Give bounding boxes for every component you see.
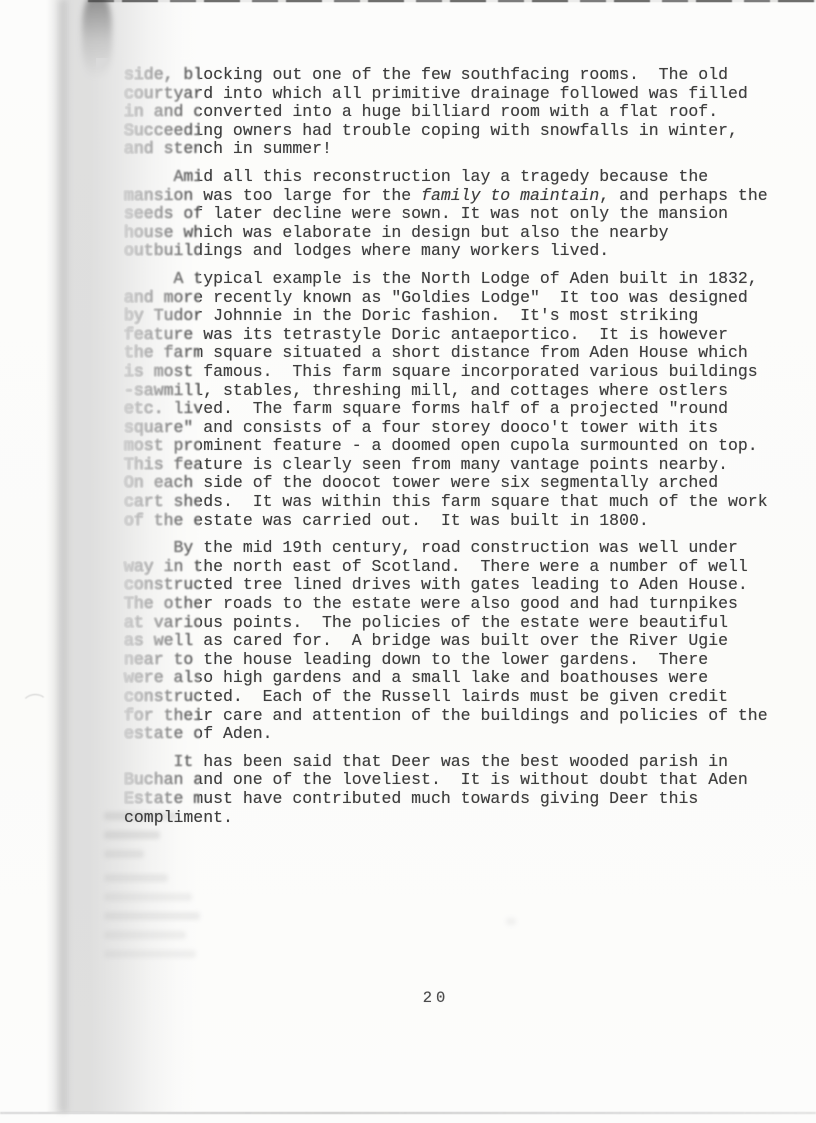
text-line: square" and consists of a four storey do… — [124, 419, 784, 438]
document-text: side, blocking out one of the few southf… — [124, 66, 784, 836]
typewritten-paragraph: By the mid 19th century, road constructi… — [124, 539, 784, 744]
text-line: seeds of later decline were sown. It was… — [124, 205, 784, 224]
typewritten-paragraph: It has been said that Deer was the best … — [124, 753, 784, 827]
text-segment: A typical example is the North Lodge of … — [124, 269, 758, 288]
typewritten-paragraph: A typical example is the North Lodge of … — [124, 270, 784, 530]
scanned-page: side, blocking out one of the few southf… — [0, 0, 816, 1123]
text-line: Amid all this reconstruction lay a trage… — [124, 168, 784, 187]
text-line: house which was elaborate in design but … — [124, 224, 784, 243]
text-segment: at various points. The policies of the e… — [124, 613, 728, 632]
text-line: were also high gardens and a small lake … — [124, 669, 784, 688]
scan-bottom-edge — [0, 1112, 816, 1114]
text-line: feature was its tetrastyle Doric antaepo… — [124, 326, 784, 345]
text-line: and stench in summer! — [124, 140, 784, 159]
binding-crease — [58, 0, 68, 1112]
bleed-through-mark — [104, 850, 144, 858]
text-line: of the estate was carried out. It was bu… — [124, 512, 784, 531]
text-line: Estate must have contributed much toward… — [124, 790, 784, 809]
text-line: as well as cared for. A bridge was built… — [124, 632, 784, 651]
text-line: most prominent feature - a doomed open c… — [124, 437, 784, 456]
text-segment: constructed. Each of the Russell lairds … — [124, 687, 728, 706]
text-segment: by Tudor Johnnie in the Doric fashion. I… — [124, 306, 698, 325]
text-segment: in and converted into a huge billiard ro… — [124, 102, 718, 121]
text-segment: etc. lived. The farm square forms half o… — [124, 399, 728, 418]
text-segment: -sawmill, stables, threshing mill, and c… — [124, 381, 728, 400]
text-line: compliment. — [124, 809, 784, 828]
text-segment: is most famous. This farm square incorpo… — [124, 362, 758, 381]
text-segment: outbuildings and lodges where many worke… — [124, 241, 609, 260]
text-segment: , and perhaps the — [599, 186, 767, 205]
text-segment: and stench in summer! — [124, 139, 332, 158]
text-segment: Amid all this reconstruction lay a trage… — [124, 167, 708, 186]
text-segment: The other roads to the estate were also … — [124, 594, 738, 613]
text-segment: It has been said that Deer was the best … — [124, 752, 728, 771]
text-line: outbuildings and lodges where many worke… — [124, 242, 784, 261]
text-line: constructed. Each of the Russell lairds … — [124, 688, 784, 707]
text-line: is most famous. This farm square incorpo… — [124, 363, 784, 382]
text-line: courtyard into which all primitive drain… — [124, 85, 784, 104]
text-segment: square" and consists of a four storey do… — [124, 418, 718, 437]
text-segment: By the mid 19th century, road constructi… — [124, 538, 738, 557]
text-segment: cart sheds. It was within this farm squa… — [124, 492, 768, 511]
bleed-through-mark — [104, 931, 186, 939]
text-line: This feature is clearly seen from many v… — [124, 456, 784, 475]
text-segment: seeds of later decline were sown. It was… — [124, 204, 728, 223]
text-line: at various points. The policies of the e… — [124, 614, 784, 633]
text-segment: near to the house leading down to the lo… — [124, 650, 708, 669]
bleed-through-mark — [104, 912, 200, 920]
text-segment: the farm square situated a short distanc… — [124, 343, 748, 362]
text-segment: Buchan and one of the loveliest. It is w… — [124, 770, 748, 789]
text-line: A typical example is the North Lodge of … — [124, 270, 784, 289]
text-segment: most prominent feature - a doomed open c… — [124, 436, 758, 455]
text-line: cart sheds. It was within this farm squa… — [124, 493, 784, 512]
text-line: near to the house leading down to the lo… — [124, 651, 784, 670]
text-line: the farm square situated a short distanc… — [124, 344, 784, 363]
text-line: way in the north east of Scotland. There… — [124, 558, 784, 577]
scan-top-edge — [88, 0, 816, 2]
text-line: By the mid 19th century, road constructi… — [124, 539, 784, 558]
text-line: side, blocking out one of the few southf… — [124, 66, 784, 85]
binding-top-smudge — [82, 0, 112, 78]
text-line: Buchan and one of the loveliest. It is w… — [124, 771, 784, 790]
typewritten-paragraph: side, blocking out one of the few southf… — [124, 66, 784, 159]
text-line: constructed tree lined drives with gates… — [124, 576, 784, 595]
text-line: estate of Aden. — [124, 725, 784, 744]
text-line: On each side of the doocot tower were si… — [124, 474, 784, 493]
bleed-through-mark — [104, 950, 196, 958]
text-segment: way in the north east of Scotland. There… — [124, 557, 748, 576]
text-segment: constructed tree lined drives with gates… — [124, 575, 748, 594]
text-segment: courtyard into which all primitive drain… — [124, 84, 748, 103]
bleed-through-mark — [104, 893, 192, 901]
text-line: in and converted into a huge billiard ro… — [124, 103, 784, 122]
text-segment: feature was its tetrastyle Doric antaepo… — [124, 325, 728, 344]
bleed-through-mark — [506, 918, 516, 925]
text-segment: and more recently known as "Goldies Lodg… — [124, 288, 748, 307]
italic-text-segment: family to maintain — [421, 186, 599, 205]
text-line: etc. lived. The farm square forms half o… — [124, 400, 784, 419]
text-segment: side, blocking out one of the few southf… — [124, 65, 728, 84]
bleed-through-mark — [104, 874, 168, 882]
margin-arc-mark — [21, 693, 48, 717]
text-line: and more recently known as "Goldies Lodg… — [124, 289, 784, 308]
text-segment: On each side of the doocot tower were si… — [124, 473, 718, 492]
text-line: for their care and attention of the buil… — [124, 707, 784, 726]
text-line: -sawmill, stables, threshing mill, and c… — [124, 382, 784, 401]
text-segment: estate of Aden. — [124, 724, 273, 743]
text-segment: Succeeding owners had trouble coping wit… — [124, 121, 738, 140]
text-line: mansion was too large for the family to … — [124, 187, 784, 206]
text-segment: of the estate was carried out. It was bu… — [124, 511, 649, 530]
text-line: by Tudor Johnnie in the Doric fashion. I… — [124, 307, 784, 326]
text-line: The other roads to the estate were also … — [124, 595, 784, 614]
text-segment: mansion was too large for the — [124, 186, 421, 205]
text-segment: This feature is clearly seen from many v… — [124, 455, 728, 474]
text-segment: were also high gardens and a small lake … — [124, 668, 708, 687]
text-segment: house which was elaborate in design but … — [124, 223, 669, 242]
text-segment: as well as cared for. A bridge was built… — [124, 631, 728, 650]
text-line: Succeeding owners had trouble coping wit… — [124, 122, 784, 141]
text-segment: compliment. — [124, 808, 233, 827]
page-number: 20 — [0, 989, 816, 1007]
typewritten-paragraph: Amid all this reconstruction lay a trage… — [124, 168, 784, 261]
text-segment: for their care and attention of the buil… — [124, 706, 768, 725]
text-line: It has been said that Deer was the best … — [124, 753, 784, 772]
text-segment: Estate must have contributed much toward… — [124, 789, 698, 808]
